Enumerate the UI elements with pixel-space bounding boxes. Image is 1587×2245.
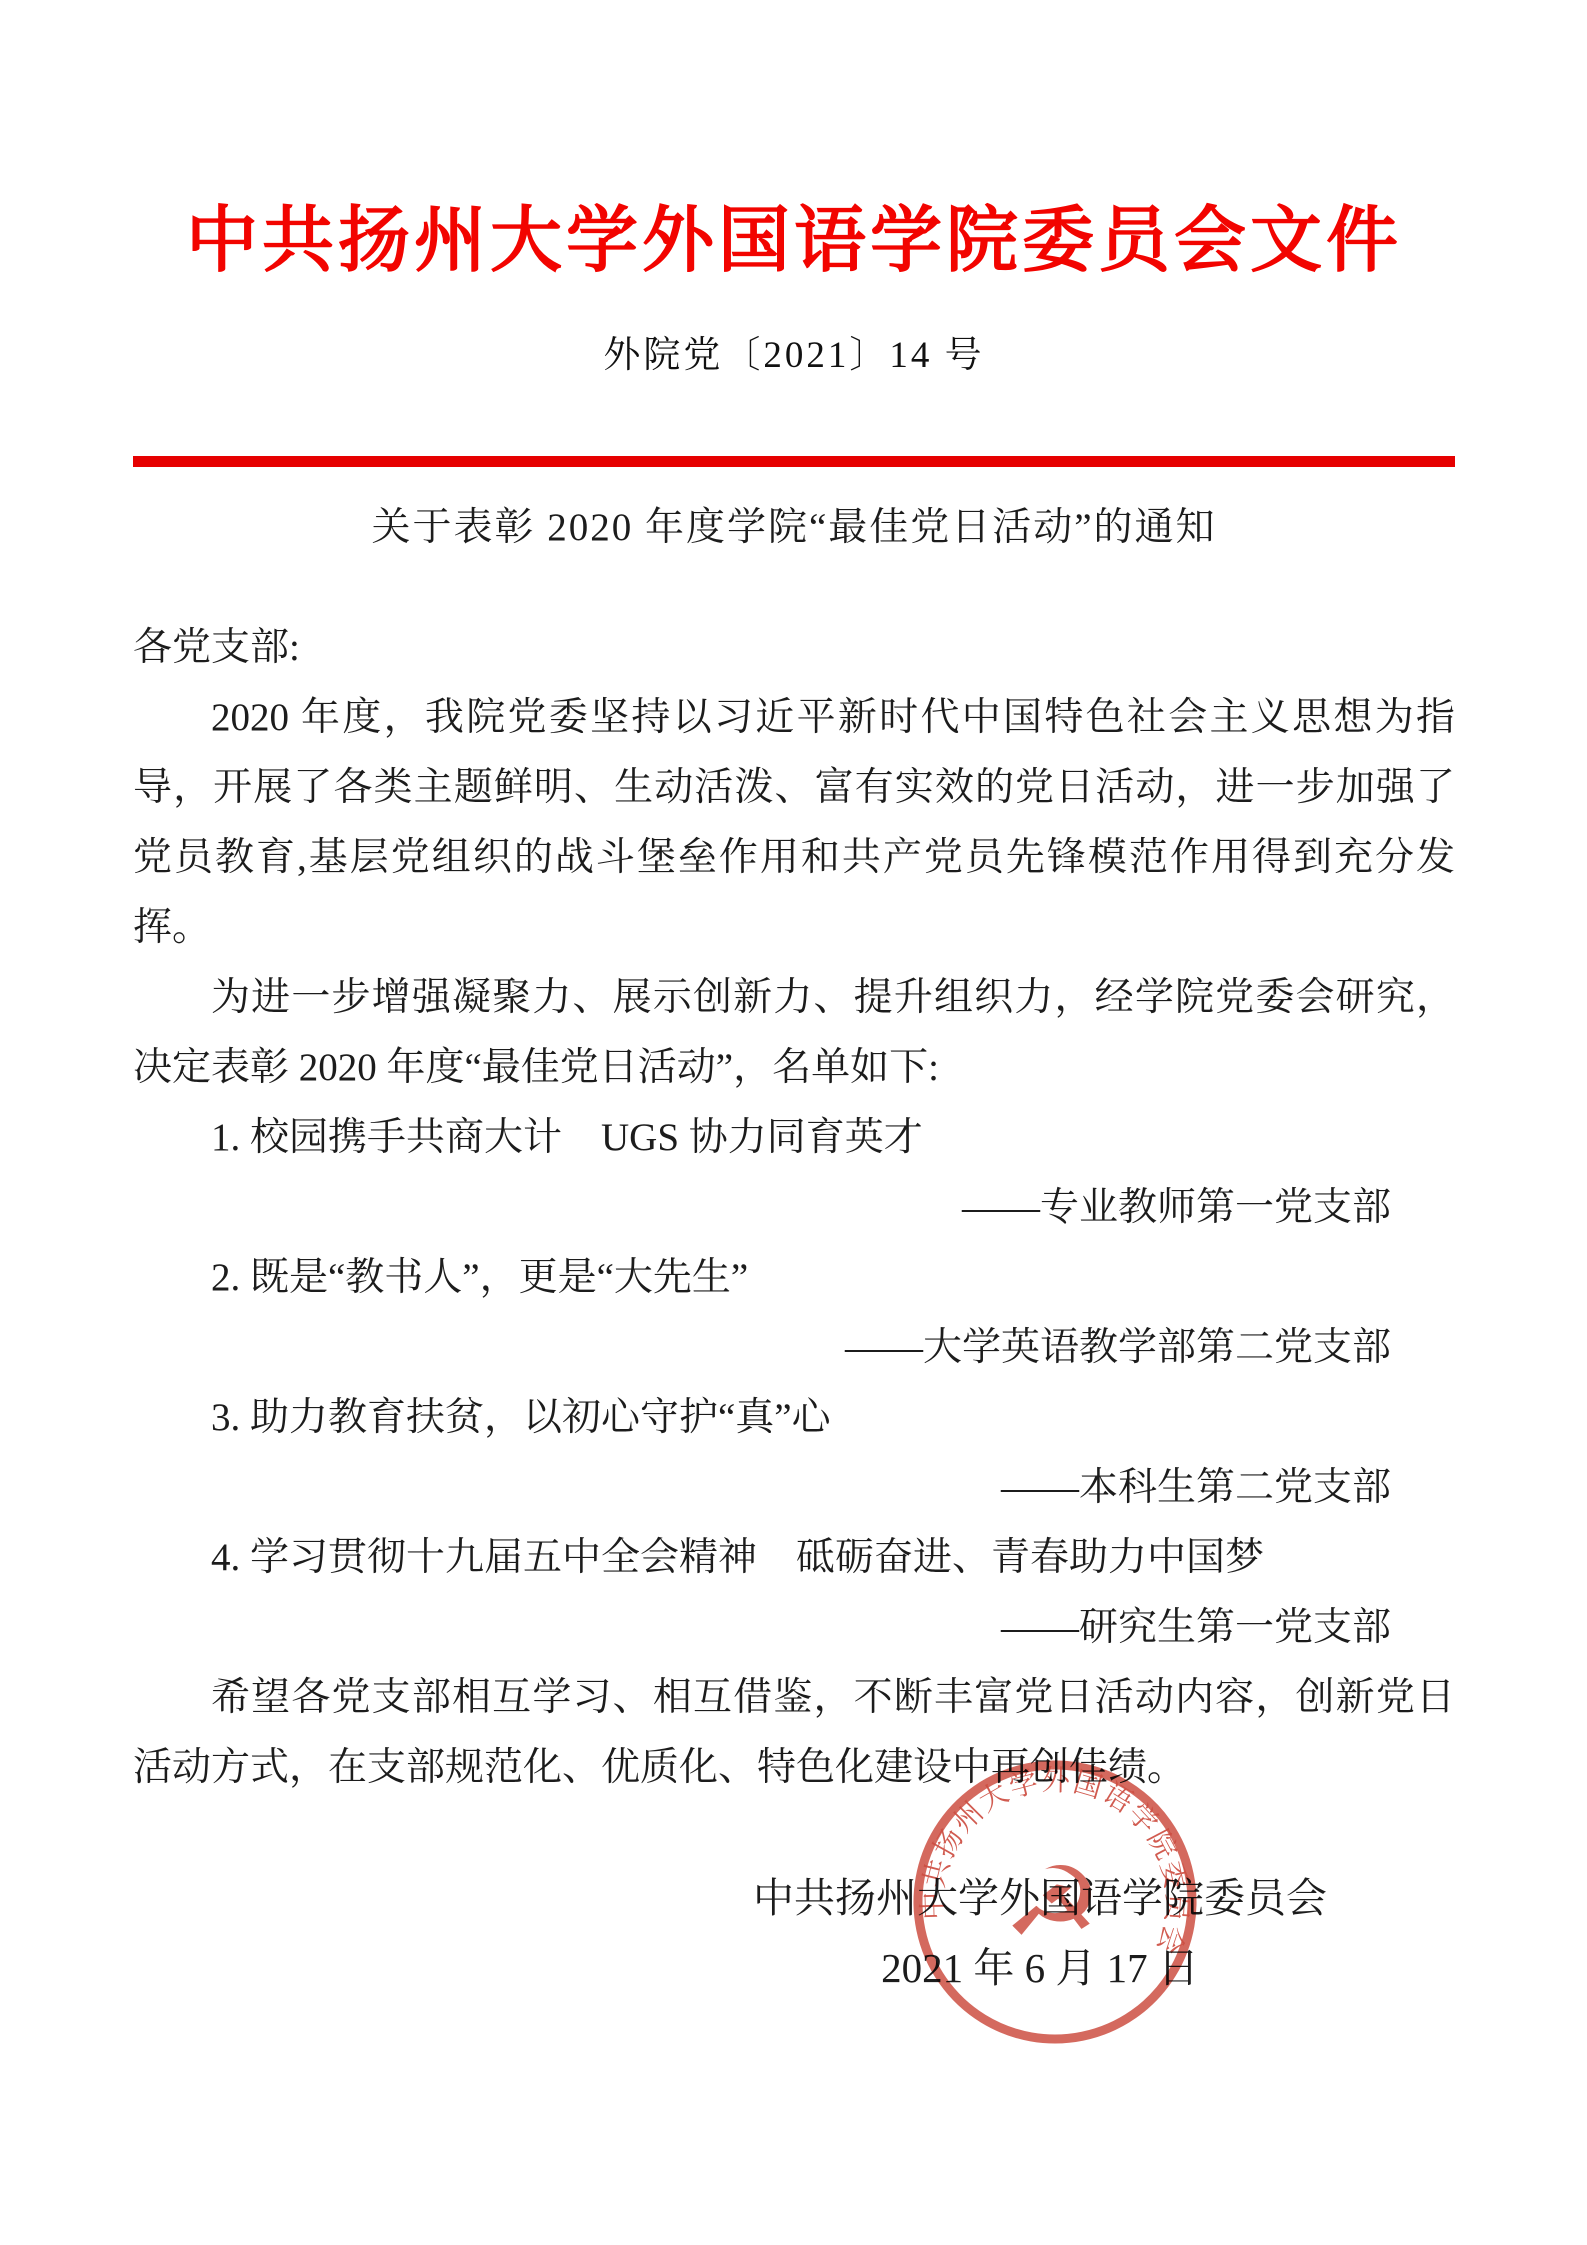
document-content: 中共扬州大学外国语学院委员会文件 外院党〔2021〕14 号 关于表彰 2020…	[133, 0, 1455, 2003]
paragraph-1: 2020 年度，我院党委坚持以习近平新时代中国特色社会主义思想为指导，开展了各类…	[133, 683, 1455, 963]
award-2-title: 2. 既是“教书人”，更是“大先生”	[133, 1243, 1455, 1313]
salutation: 各党支部:	[133, 613, 1455, 683]
closing-paragraph: 希望各党支部相互学习、相互借鉴，不断丰富党日活动内容，创新党日活动方式，在支部规…	[133, 1663, 1455, 1803]
award-2-branch: ——大学英语教学部第二党支部	[133, 1313, 1455, 1383]
paragraph-2: 为进一步增强凝聚力、展示创新力、提升组织力，经学院党委会研究，决定表彰 2020…	[133, 963, 1455, 1103]
award-4-title: 4. 学习贯彻十九届五中全会精神 砥砺奋进、青春助力中国梦	[133, 1523, 1455, 1593]
signature-block: 中共扬州大学外国语学院委员会 2021 年 6 月 17 日	[753, 1863, 1327, 2003]
award-1-branch: ——专业教师第一党支部	[133, 1173, 1455, 1243]
document-page: 中共扬州大学外国语学院委员会文件 外院党〔2021〕14 号 关于表彰 2020…	[0, 0, 1587, 2245]
subject-title: 关于表彰 2020 年度学院“最佳党日活动”的通知	[133, 493, 1455, 563]
document-number: 外院党〔2021〕14 号	[133, 334, 1455, 378]
award-1-title: 1. 校园携手共商大计 UGS 协力同育英才	[133, 1103, 1455, 1173]
award-4-branch: ——研究生第一党支部	[133, 1593, 1455, 1663]
award-3-branch: ——本科生第二党支部	[133, 1453, 1455, 1523]
red-header-title: 中共扬州大学外国语学院委员会文件	[133, 198, 1455, 284]
signature-org: 中共扬州大学外国语学院委员会	[753, 1863, 1327, 1933]
red-divider-rule	[133, 456, 1455, 467]
award-3-title: 3. 助力教育扶贫，以初心守护“真”心	[133, 1383, 1455, 1453]
signature-date: 2021 年 6 月 17 日	[753, 1933, 1327, 2003]
